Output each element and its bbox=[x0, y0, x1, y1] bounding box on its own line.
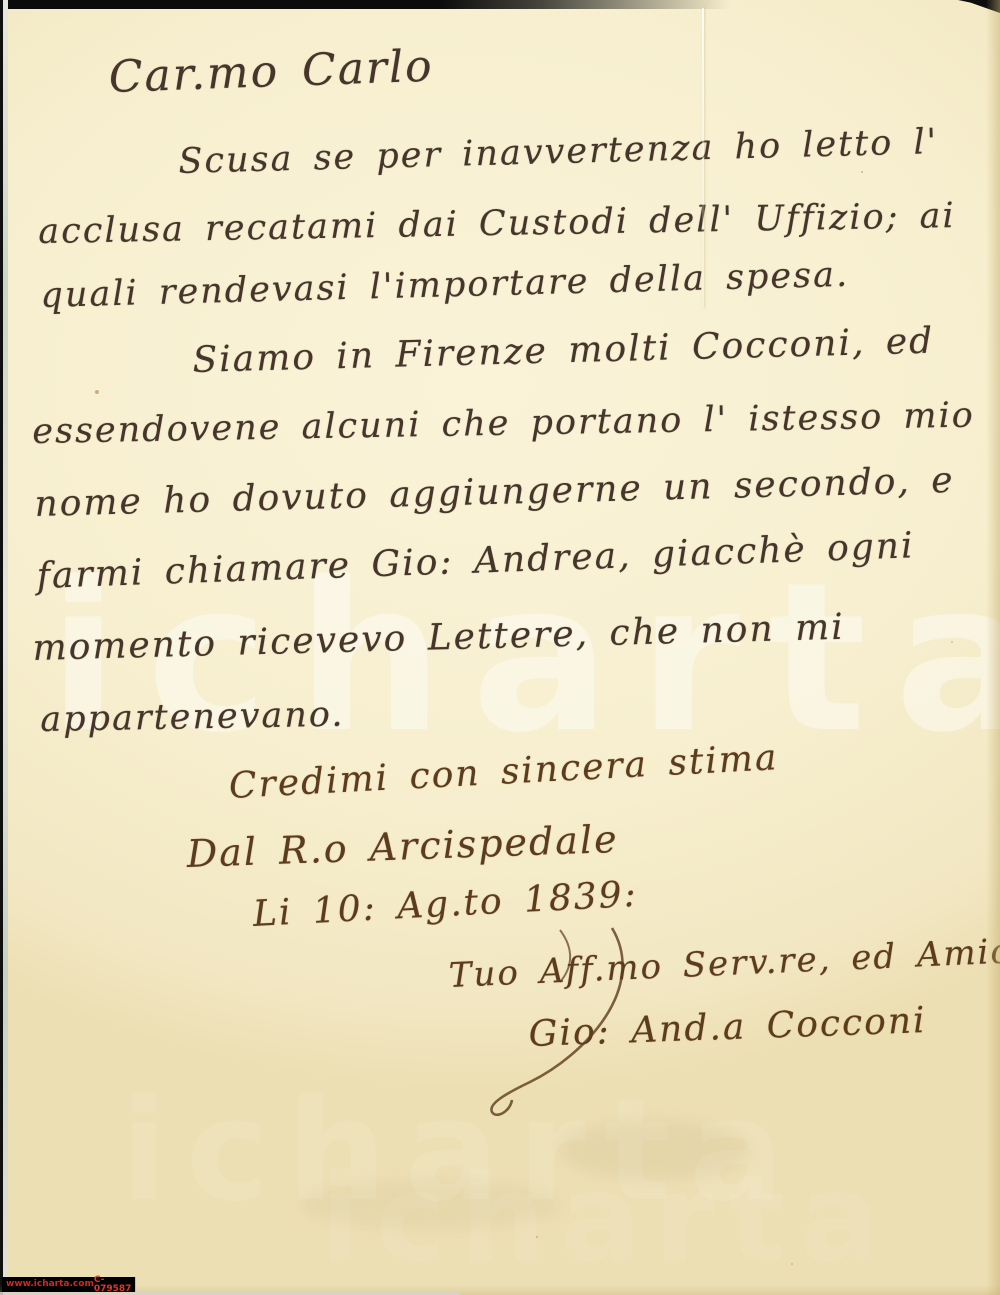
ink-bleed-smudge bbox=[300, 1180, 560, 1230]
foxing-speckles bbox=[95, 390, 99, 394]
watermark-tag-bar: www.icharta.com C-079587 bbox=[2, 1277, 136, 1292]
letter-line: appartenevano. bbox=[40, 695, 345, 740]
icharta-site-label: www.icharta.com bbox=[6, 1280, 94, 1289]
ink-bleed-smudge bbox=[560, 1120, 750, 1180]
place-line: Dal R.o Arcispedale bbox=[186, 817, 619, 876]
paper-right-shadow bbox=[986, 0, 1000, 1295]
scanned-letter-page: icharta icharta icharta Car.mo Carlo Scu… bbox=[0, 0, 1000, 1295]
date-line: Li 10: Ag.to 1839: bbox=[252, 874, 639, 935]
letter-line: Siamo in Firenze molti Cocconi, ed bbox=[192, 321, 935, 381]
valediction-line: Credimi con sincera stima bbox=[228, 737, 779, 807]
signoff-line: Tuo Aff.mo Serv.re, ed Amico bbox=[448, 930, 1000, 996]
letter-line: nome ho dovuto aggiungerne un secondo, e bbox=[34, 460, 955, 525]
letter-line: Scusa se per inavvertenza ho letto l' bbox=[178, 122, 939, 182]
catalog-code-label: C-079587 bbox=[94, 1276, 132, 1294]
signature-line: Gio: And.a Cocconi bbox=[528, 1000, 927, 1055]
letter-line: momento ricevevo Lettere, che non mi bbox=[32, 607, 845, 669]
icharta-watermark-ghost: icharta bbox=[120, 1070, 802, 1233]
letter-line: quali rendevasi l'importare della spesa. bbox=[40, 255, 850, 316]
icharta-watermark-ghost-2: icharta bbox=[320, 1150, 894, 1289]
scanner-top-band bbox=[0, 0, 730, 9]
letter-greeting: Car.mo Carlo bbox=[108, 41, 434, 103]
fold-crease bbox=[702, 8, 704, 308]
letter-line: essendovene alcuni che portano l' istess… bbox=[32, 396, 975, 452]
letter-line: acclusa recatami dai Custodi dell' Uffiz… bbox=[38, 196, 956, 252]
letter-line: farmi chiamare Gio: Andrea, giacchè ogni bbox=[36, 525, 915, 597]
scanner-left-edge-light bbox=[3, 0, 8, 1295]
